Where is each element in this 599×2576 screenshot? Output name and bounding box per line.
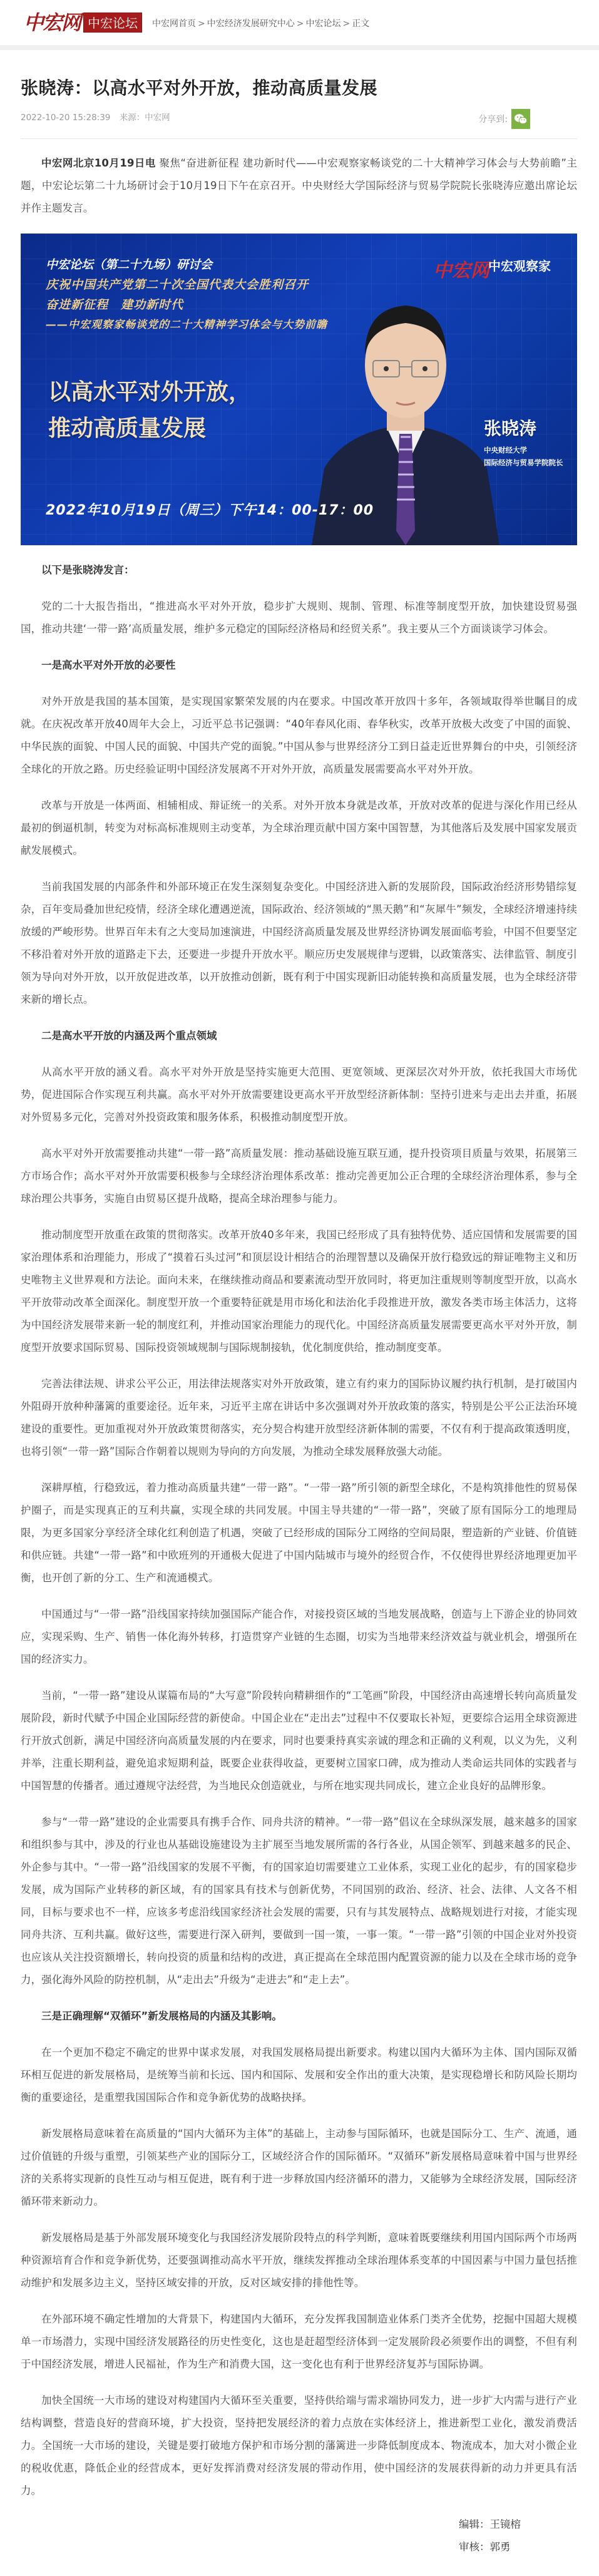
editor-credit: 编辑：王镜榕 <box>459 2513 577 2536</box>
breadcrumb-forum[interactable]: 中宏论坛 <box>305 19 340 29</box>
share-label: 分享到: <box>478 113 508 125</box>
paragraph: 在外部环境不确定性增加的大背景下，构建国内大循环，充分发挥我国制造业体系门类齐全… <box>21 2308 577 2376</box>
banner-logo: 中宏网 <box>433 255 489 282</box>
paragraph: 对外开放是我国的基本国策，是实现国家繁荣发展的内在要求。中国改革开放四十多年，各… <box>21 690 577 781</box>
banner-theme: ——中宏观察家畅谈党的二十大精神学习体会与大势前瞻 <box>46 316 327 331</box>
breadcrumb-current: 正文 <box>352 19 369 29</box>
site-header: 中宏网 中宏论坛 中宏网首页>中宏经济发展研究中心>中宏论坛>正文 <box>0 0 599 45</box>
share-bar: 分享到: <box>478 109 530 129</box>
paragraph: 加快全国统一大市场的建设对构建国内大循环至关重要，坚持供给端与需求端协同发力，进… <box>21 2389 577 2502</box>
site-logo[interactable]: 中宏网 <box>24 10 80 35</box>
wechat-icon <box>514 113 528 125</box>
paragraph: 深耕厚植，行稳致远，着力推动高质量共建“一带一路”。“一带一路”所引领的新型全球… <box>21 1477 577 1589</box>
publish-datetime: 2022-10-20 15:28:39 <box>21 113 110 123</box>
article-source: 来源：中宏网 <box>120 113 170 123</box>
section-heading-1: 一是高水平对外开放的必要性 <box>21 654 577 677</box>
lead-paragraph: 中宏网北京10月19日电 聚焦“奋进新征程 建功新时代——中宏观察家畅谈党的二十… <box>21 152 577 220</box>
banner-observer-logo: 中宏观察家 <box>488 256 551 274</box>
paragraph: 高水平对外开放需要推动共建“一带一路”高质量发展：推动基础设施互联互通，提升投资… <box>21 1142 577 1210</box>
paragraph: 新发展格局是基于外部发展环境变化与我国经济发展阶段特点的科学判断，意味着既要继续… <box>21 2227 577 2294</box>
forum-badge[interactable]: 中宏论坛 <box>83 13 142 33</box>
section-heading-2: 二是高水平开放的内涵及两个重点领域 <box>21 1025 577 1047</box>
banner-speaker-university: 中央财经大学 <box>484 445 527 455</box>
banner-slogan: 奋进新征程 建功新时代 <box>46 295 183 312</box>
article-title: 张晓涛：以高水平对外开放，推动高质量发展 <box>21 76 577 101</box>
wechat-share-button[interactable] <box>511 109 530 129</box>
banner-headline-line2: 推动高质量发展 <box>48 411 206 443</box>
banner-event-time: 2022年10月19日（周三）下午14：00-17：00 <box>46 500 374 519</box>
breadcrumb-separator: > <box>198 19 205 29</box>
paragraph: 当前我国发展的内部条件和外部环境正在发生深刻复杂变化。中国经济进入新的发展阶段，… <box>21 876 577 1011</box>
paragraph: 改革与开放是一体两面、相辅相成、辩证统一的关系。对外开放本身就是改革，开放对改革… <box>21 794 577 862</box>
paragraph: 参与“一带一路”建设的企业需要具有携手合作、同舟共济的精神。“一带一路”倡议在全… <box>21 1811 577 1991</box>
banner-headline-line1: 以高水平对外开放， <box>48 374 251 406</box>
paragraph: 中国通过与“一带一路”沿线国家持续加强国际产能合作，对接投资区域的当地发展战略，… <box>21 1603 577 1671</box>
paragraph: 党的二十大报告指出，“推进高水平对外开放，稳步扩大规则、规制、管理、标准等制度型… <box>21 595 577 640</box>
paragraph: 新发展格局意味着在高质量的“国内大循环为主体”的基础上，主动参与国际循环，也就是… <box>21 2123 577 2213</box>
article-body: 中宏网北京10月19日电 聚焦“奋进新征程 建功新时代——中宏观察家畅谈党的二十… <box>21 152 577 2502</box>
banner-speaker-title: 国际经济与贸易学院院长 <box>484 458 563 468</box>
article-meta: 2022-10-20 15:28:39 来源：中宏网 分享到: <box>21 109 577 130</box>
breadcrumb-home[interactable]: 中宏网首页 <box>152 19 196 29</box>
breadcrumb-separator: > <box>342 19 350 29</box>
article-credits: 编辑：王镜榕 审核：郭勇 <box>21 2513 577 2576</box>
banner-speaker-name: 张晓涛 <box>484 415 536 440</box>
title-divider <box>21 138 577 139</box>
reviewer-credit: 审核：郭勇 <box>459 2536 577 2558</box>
paragraph: 从高水平开放的涵义看。高水平对外开放是坚持实施更大范围、更宽领域、更深层次对外开… <box>21 1061 577 1129</box>
paragraph: 在一个更加不稳定不确定的世界中谋求发展，对我国发展格局提出新要求。构建以国内大循… <box>21 2041 577 2109</box>
paragraph: 当前，“一带一路”建设从谋篇布局的“大写意”阶段转向精耕细作的“工笔画”阶段，中… <box>21 1685 577 1797</box>
intro-heading: 以下是张晓涛发言： <box>21 559 577 582</box>
paragraph: 完善法律法规、讲求公平公正，用法律法规落实对外开放政策，建立有约束力的国际协议履… <box>21 1373 577 1463</box>
article: 张晓涛：以高水平对外开放，推动高质量发展 2022-10-20 15:28:39… <box>0 76 599 2576</box>
banner-celebration-line: 庆祝中国共产党第二十次全国代表大会胜利召开 <box>46 275 309 292</box>
section-heading-3: 三是正确理解“双循环”新发展格局的内涵及其影响。 <box>21 2005 577 2028</box>
header-divider-band <box>0 45 599 50</box>
breadcrumb-research-center[interactable]: 中宏经济发展研究中心 <box>207 19 295 29</box>
dateline: 中宏网北京10月19日电 <box>41 157 156 169</box>
event-banner-image: 中宏论坛（第二十九场）研讨会 庆祝中国共产党第二十次全国代表大会胜利召开 奋进新… <box>21 233 577 545</box>
paragraph: 推动制度型开放重在政策的贯彻落实。改革开放40多年来，我国已经形成了具有独特优势… <box>21 1224 577 1359</box>
breadcrumb: 中宏网首页>中宏经济发展研究中心>中宏论坛>正文 <box>152 18 369 30</box>
banner-event-name: 中宏论坛（第二十九场）研讨会 <box>46 255 212 272</box>
breadcrumb-separator: > <box>297 19 304 29</box>
